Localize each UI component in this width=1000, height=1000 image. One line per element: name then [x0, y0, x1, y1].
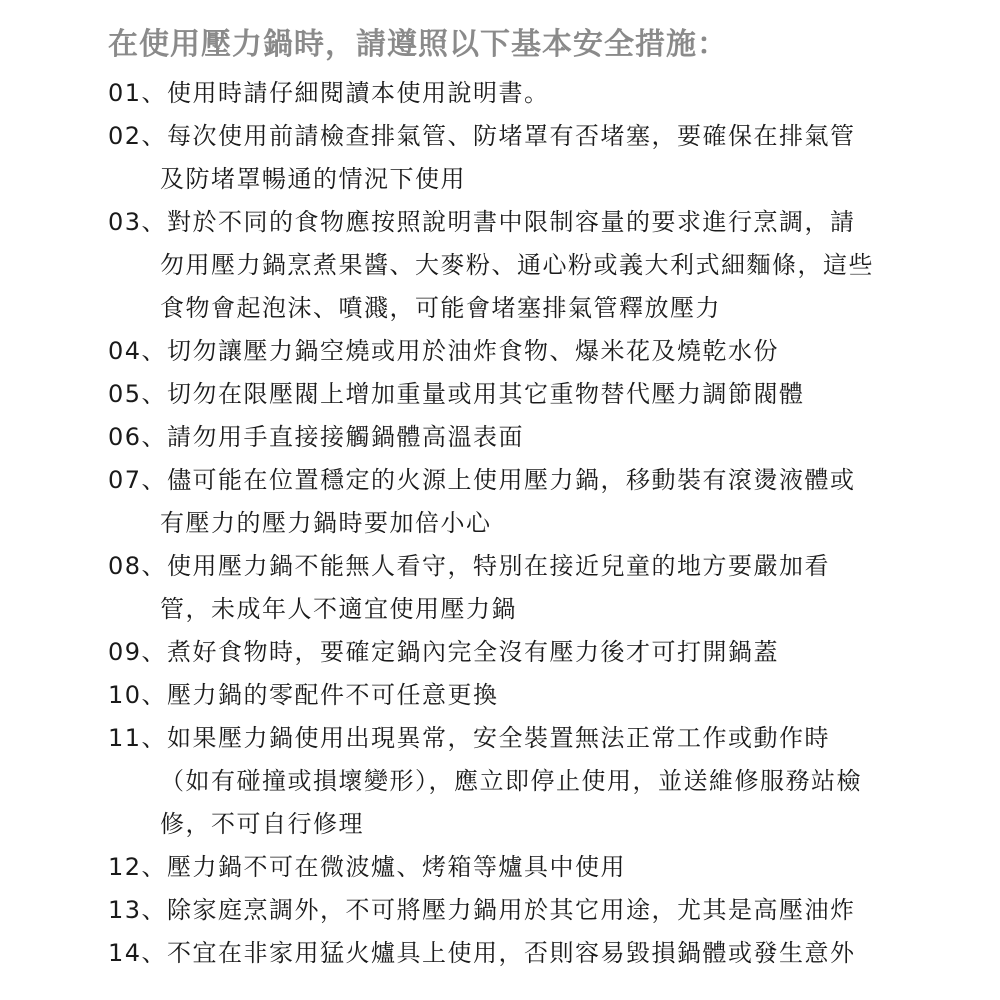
item-text: 壓力鍋不可在微波爐、烤箱等爐具中使用: [167, 853, 626, 881]
safety-item-05: 05、切勿在限壓閥上增加重量或用其它重物替代壓力調節閥體: [108, 373, 880, 416]
page-title: 在使用壓力鍋時，請遵照以下基本安全措施：: [108, 26, 890, 64]
item-text: 請勿用手直接接觸鍋體高溫表面: [167, 423, 524, 451]
safety-item-02: 02、每次使用前請檢查排氣管、防堵罩有否堵塞，要確保在排氣管及防堵罩暢通的情況下…: [108, 115, 880, 201]
safety-item-07: 07、儘可能在位置穩定的火源上使用壓力鍋，移動裝有滾燙液體或有壓力的壓力鍋時要加…: [108, 459, 880, 545]
safety-item-12: 12、壓力鍋不可在微波爐、烤箱等爐具中使用: [108, 846, 880, 889]
item-text: 壓力鍋的零配件不可任意更換: [167, 681, 499, 709]
item-text: 切勿在限壓閥上增加重量或用其它重物替代壓力調節閥體: [167, 380, 805, 408]
item-number: 03、: [108, 208, 167, 236]
item-text: 煮好食物時，要確定鍋內完全沒有壓力後才可打開鍋蓋: [167, 638, 779, 666]
safety-item-01: 01、使用時請仔細閱讀本使用說明書。: [108, 72, 880, 115]
item-number: 06、: [108, 423, 167, 451]
item-number: 09、: [108, 638, 167, 666]
item-number: 02、: [108, 122, 167, 150]
item-number: 05、: [108, 380, 167, 408]
safety-item-04: 04、切勿讓壓力鍋空燒或用於油炸食物、爆米花及燒乾水份: [108, 330, 880, 373]
item-number: 07、: [108, 466, 167, 494]
item-number: 01、: [108, 79, 167, 107]
item-text: 除家庭烹調外，不可將壓力鍋用於其它用途，尤其是高壓油炸: [167, 896, 856, 924]
item-number: 12、: [108, 853, 167, 881]
safety-item-03: 03、對於不同的食物應按照說明書中限制容量的要求進行烹調，請勿用壓力鍋烹煮果醬、…: [108, 201, 880, 330]
safety-item-09: 09、煮好食物時，要確定鍋內完全沒有壓力後才可打開鍋蓋: [108, 631, 880, 674]
safety-item-13: 13、除家庭烹調外，不可將壓力鍋用於其它用途，尤其是高壓油炸: [108, 889, 880, 932]
safety-item-10: 10、壓力鍋的零配件不可任意更換: [108, 674, 880, 717]
item-number: 11、: [108, 724, 167, 752]
item-text: 儘可能在位置穩定的火源上使用壓力鍋，移動裝有滾燙液體或有壓力的壓力鍋時要加倍小心: [160, 466, 856, 537]
item-text: 如果壓力鍋使用出現異常，安全裝置無法正常工作或動作時（如有碰撞或損壞變形），應立…: [160, 724, 862, 838]
safety-item-14: 14、不宜在非家用猛火爐具上使用，否則容易毀損鍋體或發生意外: [108, 932, 880, 975]
item-text: 使用壓力鍋不能無人看守，特別在接近兒童的地方要嚴加看管，未成年人不適宜使用壓力鍋: [160, 552, 830, 623]
item-text: 對於不同的食物應按照說明書中限制容量的要求進行烹調，請勿用壓力鍋烹煮果醬、大麥粉…: [160, 208, 874, 322]
safety-item-06: 06、請勿用手直接接觸鍋體高溫表面: [108, 416, 880, 459]
item-text: 每次使用前請檢查排氣管、防堵罩有否堵塞，要確保在排氣管及防堵罩暢通的情況下使用: [160, 122, 856, 193]
item-text: 不宜在非家用猛火爐具上使用，否則容易毀損鍋體或發生意外: [167, 939, 856, 967]
item-number: 04、: [108, 337, 167, 365]
safety-item-08: 08、使用壓力鍋不能無人看守，特別在接近兒童的地方要嚴加看管，未成年人不適宜使用…: [108, 545, 880, 631]
item-number: 10、: [108, 681, 167, 709]
safety-instructions-list: 01、使用時請仔細閱讀本使用說明書。 02、每次使用前請檢查排氣管、防堵罩有否堵…: [108, 72, 880, 975]
item-number: 13、: [108, 896, 167, 924]
instruction-page: 在使用壓力鍋時，請遵照以下基本安全措施： 01、使用時請仔細閱讀本使用說明書。 …: [0, 0, 1000, 1000]
item-number: 08、: [108, 552, 167, 580]
safety-item-11: 11、如果壓力鍋使用出現異常，安全裝置無法正常工作或動作時（如有碰撞或損壞變形）…: [108, 717, 880, 846]
item-text: 使用時請仔細閱讀本使用說明書。: [167, 79, 550, 107]
item-number: 14、: [108, 939, 167, 967]
item-text: 切勿讓壓力鍋空燒或用於油炸食物、爆米花及燒乾水份: [167, 337, 779, 365]
